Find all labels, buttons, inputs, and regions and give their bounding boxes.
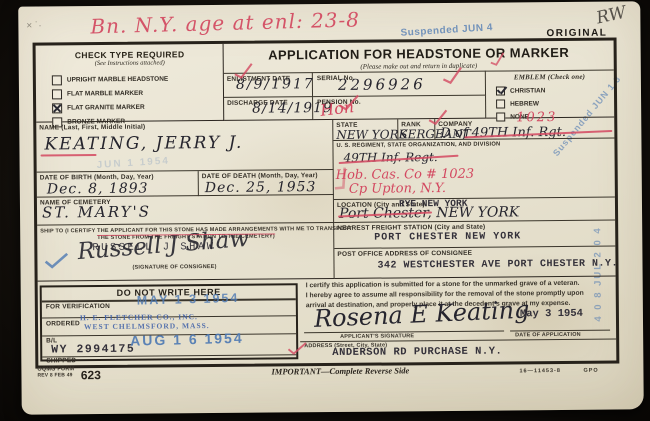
- scanned-document-photo: × ˙· Bn. N.Y. age at enl: 23-8 Suspended…: [0, 0, 650, 421]
- checkbox-label: FLAT MARBLE MARKER: [67, 90, 143, 98]
- form-number-block: OQMG FORM REV 8 FEB 49 623: [37, 366, 101, 385]
- pencil-scribble: × ˙·: [26, 21, 41, 32]
- freight-station-value: PORT CHESTER NEW YORK: [374, 231, 521, 243]
- consignee-sig-label: (SIGNATURE OF CONSIGNEE): [132, 264, 216, 271]
- for-verification-label: FOR VERIFICATION: [46, 303, 110, 311]
- dod-value: Dec. 25, 1953: [205, 179, 317, 196]
- checkbox-label: FLAT GRANITE MARKER: [67, 104, 145, 112]
- fletcher-stamp-line2: WEST CHELMSFORD, MASS.: [84, 321, 210, 331]
- red-annotation-top: Bn. N.Y. age at enl: 23-8: [90, 7, 360, 38]
- checkbox-flat-granite[interactable]: [52, 103, 62, 113]
- checkbox-hebrew[interactable]: [496, 100, 505, 109]
- headstone-application-form: CHECK TYPE REQUIRED (See Instructions at…: [33, 38, 620, 369]
- po-address-value: 342 WESTCHESTER AVE PORT CHESTER N.Y.: [377, 258, 618, 271]
- certification-section: I certify this application is submitted …: [300, 277, 617, 364]
- checkbox-label: UPRIGHT MARBLE HEADSTONE: [67, 76, 168, 84]
- application-date-label: DATE OF APPLICATION: [515, 332, 581, 339]
- checkbox-flat-marble[interactable]: [52, 89, 62, 99]
- footer-gpo: GPO: [583, 368, 598, 374]
- cemetery-value: ST. MARY'S: [42, 203, 151, 222]
- name-value: KEATING, JERRY J.: [44, 133, 243, 155]
- footer-important-note: IMPORTANT—Complete Reverse Side: [271, 365, 409, 376]
- ship-to-box: SHIP TO (I CERTIFY THE APPLICANT FOR THI…: [37, 223, 334, 282]
- form-number: 623: [81, 368, 101, 382]
- checkbox-upright-marble[interactable]: [52, 75, 62, 85]
- footer-print-code: 16—11453-8: [519, 368, 561, 374]
- checkbox-label: CHRISTIAN: [510, 87, 545, 94]
- name-label: NAME (Last, First, Middle Initial): [39, 124, 145, 132]
- enlistment-date-value: 8/9/1917: [236, 76, 315, 93]
- form-rev: REV 8 FEB 49: [37, 372, 74, 378]
- applicant-address-value: ANDERSON RD PURCHASE N.Y.: [332, 346, 502, 359]
- blue-checkmark-icon: [43, 251, 69, 269]
- date-stamp-may: MAY 1 3 1954: [137, 291, 240, 308]
- location-kept-text: , NEW YORK: [427, 204, 519, 221]
- date-stamp-aug: AUG 1 6 1954: [130, 330, 244, 349]
- ordered-label: ORDERED: [46, 320, 80, 327]
- regiment-red-note2: Cp Upton, N.Y.: [349, 181, 446, 197]
- check-type-subtitle: (See Instructions attached): [36, 59, 224, 68]
- checkbox-christian[interactable]: [496, 87, 505, 96]
- company-red-note: 1023: [516, 110, 557, 125]
- po-address-label: POST OFFICE ADDRESS OF CONSIGNEE: [337, 250, 472, 258]
- shipped-label: SHIPPED: [46, 357, 76, 364]
- applicant-signature-label: APPLICANT'S SIGNATURE: [340, 333, 414, 340]
- pencil-initials: RW: [595, 3, 629, 29]
- do-not-write-box: DO NOT WRITE HERE FOR VERIFICATION ORDER…: [40, 283, 299, 361]
- form-paper: × ˙· Bn. N.Y. age at enl: 23-8 Suspended…: [18, 1, 644, 414]
- application-date-value: May 3 1954: [520, 308, 583, 321]
- date-stamp-suspended: Suspended JUN 4: [400, 22, 493, 39]
- certification-line1: I certify this application is submitted …: [306, 280, 612, 290]
- dob-value: Dec. 8, 1893: [47, 181, 149, 198]
- regiment-label: U. S. REGIMENT, STATE ORGANIZATION, AND …: [336, 142, 500, 149]
- bl-value: WY 2994175: [51, 343, 135, 357]
- freight-station-label: NEAREST FREIGHT STATION (City and State): [337, 224, 485, 232]
- emblem-label: EMBLEM (Check one): [514, 73, 585, 82]
- serial-no-value: 2296926: [338, 75, 426, 94]
- checkbox-label: HEBREW: [510, 100, 539, 107]
- red-checkmark-icon: [286, 341, 308, 355]
- check-type-section: CHECK TYPE REQUIRED (See Instructions at…: [36, 44, 225, 123]
